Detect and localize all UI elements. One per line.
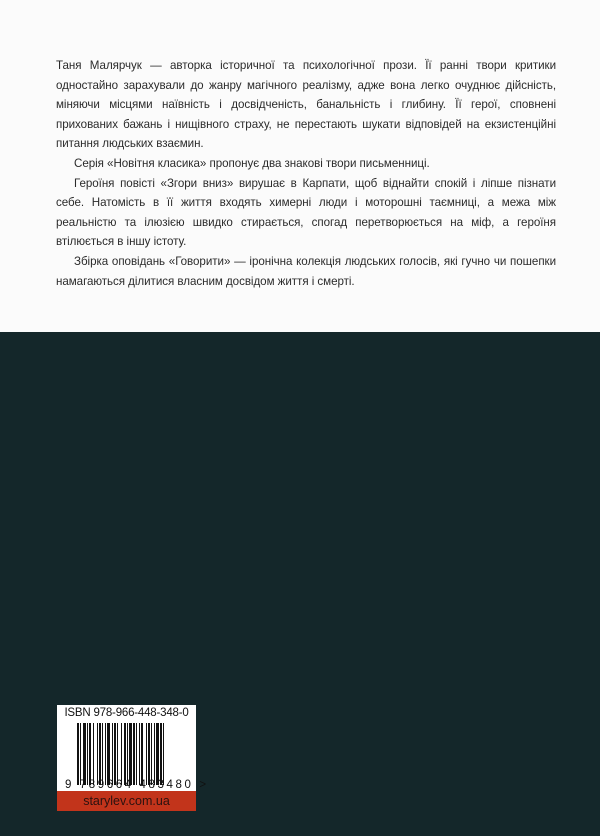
cover-top-section: Таня Малярчук — авторка історичної та пс… (0, 0, 600, 332)
paragraph-author-intro: Таня Малярчук — авторка історичної та пс… (56, 56, 556, 154)
blurb-text: Таня Малярчук — авторка історичної та пс… (56, 56, 556, 291)
isbn-text: ISBN 978-966-448-348-0 (57, 707, 196, 719)
barcode-digits: 9 789664 483480 > (65, 779, 191, 791)
paragraph-stories: Збірка оповідань «Говорити» — іронічна к… (56, 252, 556, 291)
publisher-url: starylev.com.ua (57, 791, 196, 811)
paragraph-series: Серія «Новітня класика» пропонує два зна… (56, 154, 556, 174)
barcode-label: ISBN 978-966-448-348-0 9 789664 483480 >… (57, 705, 196, 811)
paragraph-novella: Героїня повісті «Згори вниз» вирушає в К… (56, 174, 556, 252)
barcode-icon (77, 723, 190, 785)
